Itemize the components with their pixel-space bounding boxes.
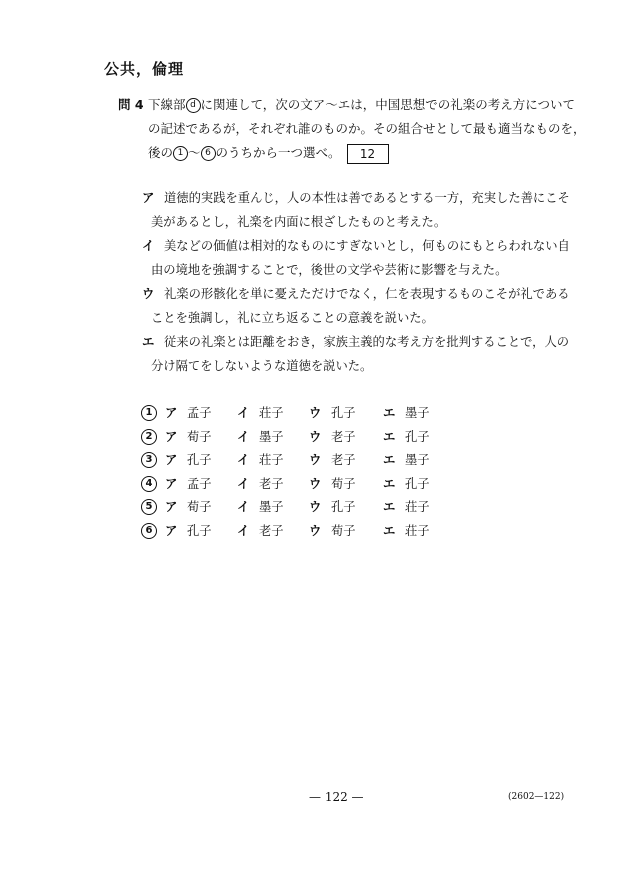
question-text: のうちから一つ選べ。 [216, 145, 341, 160]
key-label: エ [383, 496, 395, 520]
key-label: ウ [309, 520, 321, 544]
thinker-name: 老子 [331, 426, 356, 450]
thinker-name: 墨子 [259, 496, 284, 520]
statement-i: イ美などの価値は相対的なものにすぎないとし，何ものにもとらわれない自 由の境地を… [142, 234, 572, 282]
key-label: イ [237, 402, 249, 426]
answer-box[interactable]: 12 [347, 144, 389, 164]
choice-option-6[interactable]: 6 ア孔子 イ老子 ウ荀子 エ荘子 [141, 520, 461, 544]
circled-number: 3 [141, 452, 157, 468]
key-label: ア [165, 402, 177, 426]
statement-text: 道徳的実践を重んじ，人の本性は善であるとする一方，充実した善にこそ [164, 191, 570, 205]
statement-u: ウ礼楽の形骸化を単に憂えただけでなく，仁を表現するものこそが礼である ことを強調… [142, 282, 572, 330]
question-line-1: 下線部dに関連して，次の文ア～エは，中国思想での礼楽の考え方について [148, 93, 575, 117]
key-label: イ [237, 473, 249, 497]
statement-label: イ [142, 234, 164, 258]
key-label: イ [237, 496, 249, 520]
key-label: イ [237, 449, 249, 473]
circled-number: 4 [141, 476, 157, 492]
thinker-name: 老子 [259, 520, 284, 544]
underline-marker-d: d [186, 98, 201, 113]
key-label: ウ [309, 449, 321, 473]
statement-e: エ従来の礼楽とは距離をおき，家族主義的な考え方を批判することで，人の 分け隔てを… [142, 330, 572, 378]
key-label: ウ [309, 426, 321, 450]
choice-option-5[interactable]: 5 ア荀子 イ墨子 ウ孔子 エ荘子 [141, 496, 461, 520]
tilde: ～ [188, 145, 201, 160]
choices-list: 1 ア孟子 イ荘子 ウ孔子 エ墨子 2 ア荀子 イ墨子 ウ老子 エ孔子 3 ア孔… [141, 402, 461, 543]
thinker-name: 老子 [259, 473, 284, 497]
thinker-name: 孔子 [331, 402, 356, 426]
thinker-name: 孔子 [405, 426, 430, 450]
thinker-name: 荘子 [259, 449, 284, 473]
page-code: (2602—122) [508, 792, 564, 802]
thinker-name: 荀子 [187, 496, 212, 520]
key-label: エ [383, 473, 395, 497]
thinker-name: 荀子 [331, 520, 356, 544]
key-label: エ [383, 449, 395, 473]
key-label: イ [237, 520, 249, 544]
choice-option-3[interactable]: 3 ア孔子 イ荘子 ウ老子 エ墨子 [141, 449, 461, 473]
page-number: — 122 — [309, 790, 364, 804]
key-label: エ [383, 520, 395, 544]
question-line-3: 後の1～6のうちから一つ選べ。12 [148, 141, 389, 165]
thinker-name: 孔子 [187, 449, 212, 473]
thinker-name: 荘子 [405, 496, 430, 520]
question-text: に関連して，次の文ア～エは，中国思想での礼楽の考え方について [201, 97, 576, 112]
choice-option-1[interactable]: 1 ア孟子 イ荘子 ウ孔子 エ墨子 [141, 402, 461, 426]
statement-label: ウ [142, 282, 164, 306]
thinker-name: 老子 [331, 449, 356, 473]
question-line-2: の記述であるが，それぞれ誰のものか。その組合せとして最も適当なものを， [148, 117, 586, 141]
thinker-name: 荀子 [331, 473, 356, 497]
section-title: 公共，倫理 [104, 58, 184, 79]
thinker-name: 墨子 [405, 402, 430, 426]
key-label: ア [165, 449, 177, 473]
key-label: ア [165, 473, 177, 497]
key-label: ウ [309, 473, 321, 497]
key-label: ア [165, 520, 177, 544]
statement-text: 美があるとし，礼楽を内面に根ざしたものと考えた。 [142, 210, 572, 234]
thinker-name: 孔子 [405, 473, 430, 497]
thinker-name: 孔子 [331, 496, 356, 520]
statement-text: ことを強調し，礼に立ち返ることの意義を説いた。 [142, 306, 572, 330]
circled-number: 2 [141, 429, 157, 445]
thinker-name: 孟子 [187, 402, 212, 426]
circled-number: 6 [141, 523, 157, 539]
choice-option-2[interactable]: 2 ア荀子 イ墨子 ウ老子 エ孔子 [141, 426, 461, 450]
question-text: 下線部 [148, 97, 186, 112]
circled-number: 6 [201, 146, 216, 161]
key-label: ア [165, 496, 177, 520]
statement-text: 礼楽の形骸化を単に憂えただけでなく，仁を表現するものこそが礼である [164, 287, 570, 301]
statement-text: 美などの価値は相対的なものにすぎないとし，何ものにもとらわれない自 [164, 239, 570, 253]
thinker-name: 墨子 [405, 449, 430, 473]
thinker-name: 荀子 [187, 426, 212, 450]
key-label: ウ [309, 496, 321, 520]
key-label: イ [237, 426, 249, 450]
choice-option-4[interactable]: 4 ア孟子 イ老子 ウ荀子 エ孔子 [141, 473, 461, 497]
thinker-name: 孟子 [187, 473, 212, 497]
statement-text: 分け隔てをしないような道徳を説いた。 [142, 354, 572, 378]
statement-label: ア [142, 186, 164, 210]
thinker-name: 墨子 [259, 426, 284, 450]
statement-a: ア道徳的実践を重んじ，人の本性は善であるとする一方，充実した善にこそ 美があると… [142, 186, 572, 234]
thinker-name: 孔子 [187, 520, 212, 544]
key-label: エ [383, 426, 395, 450]
question-label: 問 4 [118, 93, 144, 117]
circled-number: 5 [141, 499, 157, 515]
circled-number: 1 [173, 146, 188, 161]
key-label: エ [383, 402, 395, 426]
thinker-name: 荘子 [405, 520, 430, 544]
circled-number: 1 [141, 405, 157, 421]
key-label: ウ [309, 402, 321, 426]
thinker-name: 荘子 [259, 402, 284, 426]
statement-text: 従来の礼楽とは距離をおき，家族主義的な考え方を批判することで，人の [164, 335, 569, 349]
statements-list: ア道徳的実践を重んじ，人の本性は善であるとする一方，充実した善にこそ 美があると… [142, 186, 572, 378]
statement-text: 由の境地を強調することで，後世の文学や芸術に影響を与えた。 [142, 258, 572, 282]
question-text: 後の [148, 145, 173, 160]
key-label: ア [165, 426, 177, 450]
statement-label: エ [142, 330, 164, 354]
